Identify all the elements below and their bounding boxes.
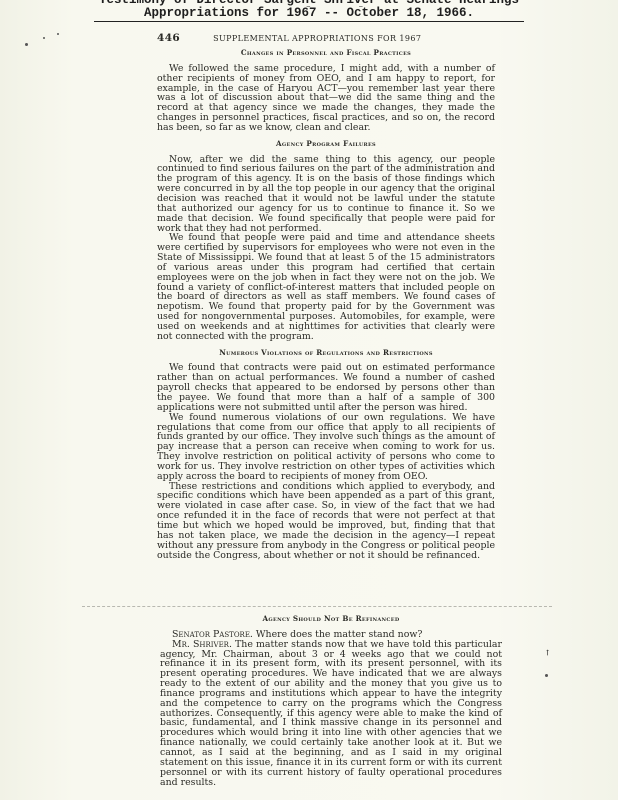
paragraph: We followed the same procedure, I might … [157,64,495,133]
section-heading: Agency Program Failures [157,139,495,149]
document-body-continued: Agency Should Not Be Refinanced Senator … [160,612,502,787]
header-line-1: Testimony of Director Sargent Shriver at… [94,0,524,7]
paragraph: We found numerous violations of our own … [157,413,495,482]
paste-divider-line [82,606,552,607]
section-heading: Agency Should Not Be Refinanced [160,614,502,624]
scanned-page: Testimony of Director Sargent Shriver at… [0,0,618,800]
exchange: Mr. Shriver. The matter stands now that … [160,640,502,788]
paragraph: We found that contracts were paid out on… [157,363,495,412]
paragraph: These restrictions and conditions which … [157,482,495,561]
typed-document-header: Testimony of Director Sargent Shriver at… [94,0,524,22]
document-body: Changes in Personnel and Fiscal Practice… [157,46,495,560]
header-line-cut: Testimony of Director Sargent Shriver at… [94,0,524,7]
paragraph: We found that people were paid and time … [157,233,495,341]
scan-speck [43,37,45,39]
scan-speck [25,43,28,46]
section-heading: Changes in Personnel and Fiscal Practice… [157,48,495,58]
scan-speck [545,674,548,677]
running-head-title: SUPPLEMENTAL APPROPRIATIONS FOR 1967 [213,34,421,43]
header-line-2: Appropriations for 1967 -- October 18, 1… [94,7,524,22]
page-number: 446 [157,32,180,44]
section-heading: Numerous Violations of Regulations and R… [157,348,495,358]
running-head: 446 SUPPLEMENTAL APPROPRIATIONS FOR 1967 [157,32,557,44]
scan-speck [57,33,59,35]
paragraph: Now, after we did the same thing to this… [157,155,495,234]
margin-mark: ꜛ [545,648,550,664]
speech: The matter stands now that we have told … [160,639,502,788]
